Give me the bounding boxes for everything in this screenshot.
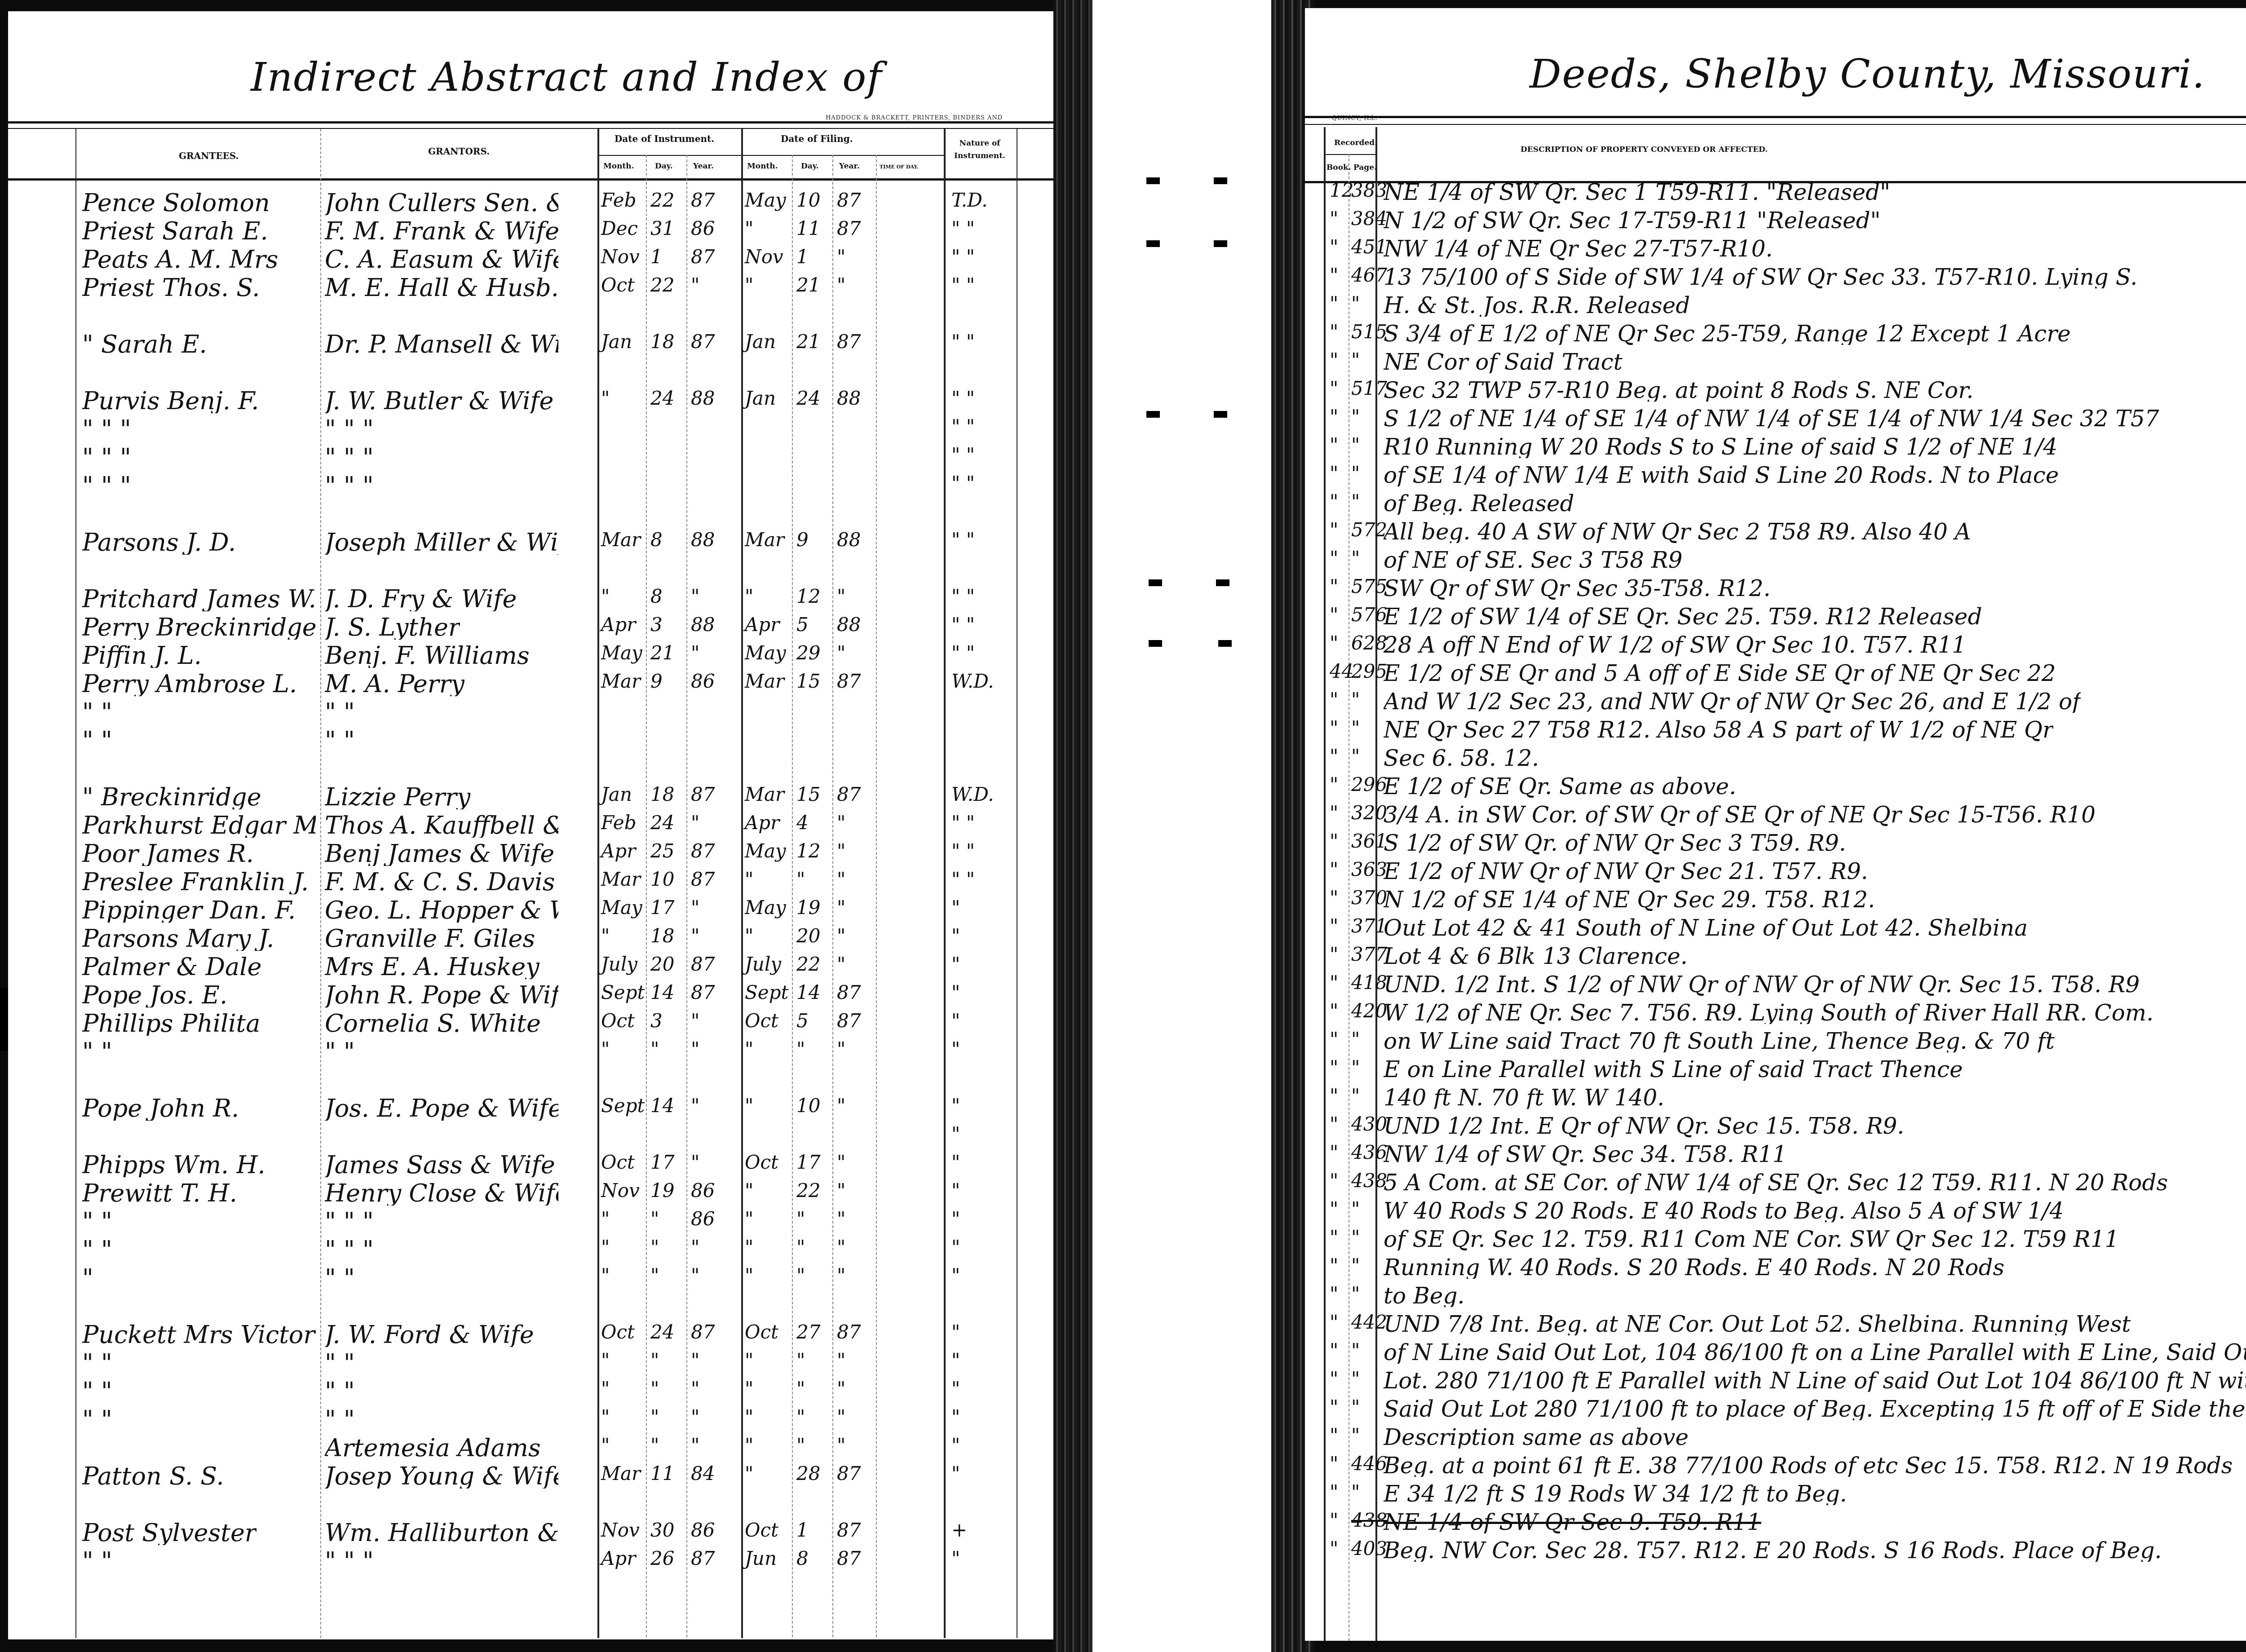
- nature-cell: ": [951, 1379, 960, 1398]
- grantor-cell: James Sass & Wife: [325, 1153, 555, 1177]
- book-cell: ": [1330, 804, 1338, 822]
- file-year-cell: ": [837, 1351, 845, 1370]
- file-month-cell: Nov: [745, 247, 783, 266]
- inst-day-cell: 11: [650, 1464, 674, 1483]
- index-tab-mark: [1146, 177, 1160, 184]
- inst-month-cell: Mar: [601, 530, 641, 549]
- description-cell: 13 75/100 of S Side of SW 1/4 of SW Qr S…: [1384, 266, 2137, 288]
- grantor-cell: M. E. Hall & Husb.: [325, 276, 558, 300]
- description-cell: of SE Qr. Sec 12. T59. R11 Com NE Cor. S…: [1384, 1228, 2119, 1250]
- nature-cell: ": [951, 1040, 960, 1059]
- grantee-cell: Pippinger Dan. F.: [82, 898, 296, 923]
- inst-year-cell: ": [691, 1012, 699, 1030]
- inst-month-cell: Feb: [601, 191, 637, 210]
- header-recorded: Recorded.: [1334, 138, 1377, 147]
- description-cell: And W 1/2 Sec 23, and NW Qr of NW Qr Sec…: [1384, 690, 2081, 713]
- grantee-cell: " Sarah E.: [82, 332, 207, 357]
- book-cell: ": [1330, 1115, 1338, 1134]
- file-day-cell: 21: [796, 276, 820, 295]
- left-ledger-page: Indirect Abstract and Index of HADDOCK &…: [8, 11, 1059, 1639]
- inst-month-cell: ": [601, 1408, 610, 1427]
- file-year-cell: 87: [837, 672, 861, 691]
- grantee-cell: Purvis Benj. F.: [82, 389, 259, 413]
- book-cell: ": [1330, 266, 1338, 285]
- grantee-cell: Parkhurst Edgar M.: [82, 813, 316, 838]
- inst-year-cell: 86: [691, 1521, 715, 1540]
- file-month-cell: ": [745, 1096, 753, 1115]
- page-cell: ": [1351, 1200, 1360, 1219]
- book-cell: ": [1330, 690, 1338, 709]
- header-date-instrument: Date of Instrument.: [615, 133, 714, 144]
- header-nature: Nature of Instrument.: [948, 137, 1011, 162]
- nature-cell: ": [951, 1096, 960, 1115]
- book-cell: 12: [1330, 181, 1353, 200]
- grantee-cell: " ": [82, 729, 112, 753]
- grantee-cell: Palmer & Dale: [82, 955, 261, 979]
- inst-day-cell: 22: [650, 276, 674, 295]
- grantee-cell: Parsons Mary J.: [82, 927, 274, 951]
- file-year-cell: ": [837, 1096, 845, 1115]
- index-tab-mark: [1214, 411, 1227, 418]
- nature-cell: " ": [951, 530, 975, 549]
- file-year-cell: ": [837, 927, 845, 945]
- description-cell: Sec 32 TWP 57-R10 Beg. at point 8 Rods S…: [1384, 379, 1974, 402]
- grantee-cell: " ": [82, 700, 112, 724]
- col-line-right-margin: [1017, 129, 1017, 1638]
- right-page-title: Deeds, Shelby County, Missouri.: [1530, 51, 2206, 97]
- file-year-cell: 87: [837, 785, 861, 804]
- inst-month-cell: Feb: [601, 813, 637, 832]
- file-month-cell: Jan: [745, 389, 776, 408]
- header-grantees: GRANTEES.: [179, 150, 239, 161]
- file-month-cell: Oct: [745, 1153, 778, 1172]
- grantor-cell: " " ": [325, 446, 374, 470]
- grantee-cell: Pope Jos. E.: [82, 983, 227, 1007]
- file-month-cell: ": [745, 927, 753, 945]
- page-cell: ": [1351, 492, 1360, 511]
- file-month-cell: Jan: [745, 332, 776, 351]
- description-cell: of N Line Said Out Lot, 104 86/100 ft on…: [1384, 1341, 2246, 1364]
- grantor-cell: Geo. L. Hopper & W.: [325, 898, 558, 923]
- file-day-cell: 22: [796, 1181, 820, 1200]
- inst-month-cell: Dec: [601, 219, 638, 238]
- file-year-cell: 87: [837, 1012, 861, 1030]
- grantor-cell: " ": [325, 1379, 355, 1404]
- book-cell: ": [1330, 549, 1338, 568]
- grantor-cell: Mrs E. A. Huskey: [325, 955, 539, 979]
- page-cell: 371: [1351, 917, 1387, 936]
- grantee-cell: " ": [82, 1210, 112, 1234]
- inst-year-cell: 84: [691, 1464, 715, 1483]
- inst-day-cell: 31: [650, 219, 674, 238]
- file-year-cell: ": [837, 1040, 845, 1059]
- inst-day-cell: 18: [650, 785, 674, 804]
- nature-cell: ": [951, 1436, 960, 1455]
- file-day-cell: 27: [796, 1323, 820, 1342]
- file-year-cell: 87: [837, 1323, 861, 1342]
- grantee-cell: " " ": [82, 417, 131, 442]
- inst-year-cell: 88: [691, 389, 715, 408]
- page-cell: 576: [1351, 605, 1387, 624]
- grantee-cell: Prewitt T. H.: [82, 1181, 237, 1206]
- inst-year-cell: 87: [691, 1323, 715, 1342]
- inst-month-cell: May: [601, 644, 642, 663]
- book-cell: ": [1330, 1087, 1338, 1105]
- grantor-cell: J. S. Lyther: [325, 615, 460, 640]
- page-cell: 430: [1351, 1115, 1387, 1134]
- description-cell: Out Lot 42 & 41 South of N Line of Out L…: [1384, 917, 2028, 939]
- grantor-cell: Benj James & Wife: [325, 842, 554, 866]
- inst-month-cell: July: [601, 955, 637, 974]
- page-cell: 442: [1351, 1313, 1387, 1332]
- description-cell: on W Line said Tract 70 ft South Line, T…: [1384, 1030, 2055, 1052]
- description-cell: of Beg. Released: [1384, 492, 1574, 515]
- inst-day-cell: 18: [650, 332, 674, 351]
- description-cell: UND. 1/2 Int. S 1/2 of NW Qr of NW Qr of…: [1384, 973, 2140, 996]
- file-month-cell: Mar: [745, 785, 784, 804]
- index-tab-mark: [1214, 240, 1227, 247]
- file-year-cell: ": [837, 276, 845, 295]
- file-day-cell: 17: [796, 1153, 820, 1172]
- grantee-cell: Pope John R.: [82, 1096, 239, 1121]
- nature-cell: ": [951, 1181, 960, 1200]
- inst-day-cell: 8: [650, 530, 663, 549]
- description-cell: 5 A Com. at SE Cor. of NW 1/4 of SE Qr. …: [1384, 1171, 2168, 1194]
- file-day-cell: 20: [796, 927, 820, 945]
- header-book: Book.: [1326, 163, 1351, 172]
- file-day-cell: ": [796, 1210, 805, 1228]
- grantor-cell: Lizzie Perry: [325, 785, 470, 809]
- index-tab-mark: [1216, 579, 1229, 586]
- description-cell: Description same as above: [1384, 1426, 1689, 1449]
- file-month-cell: ": [745, 1464, 753, 1483]
- nature-cell: ": [951, 1153, 960, 1172]
- nature-cell: ": [951, 1266, 960, 1285]
- page-cell: ": [1351, 1398, 1360, 1417]
- file-year-cell: ": [837, 644, 845, 663]
- nature-cell: ": [951, 1012, 960, 1030]
- grantee-cell: Peats A. M. Mrs: [82, 247, 278, 272]
- page-cell: 467: [1351, 266, 1387, 285]
- grantor-cell: J. W. Butler & Wife: [325, 389, 554, 413]
- inst-month-cell: ": [601, 1040, 610, 1059]
- file-year-cell: ": [837, 955, 845, 974]
- page-cell: ": [1351, 719, 1360, 738]
- header-rule-top: [1305, 116, 2246, 118]
- page-cell: 420: [1351, 1002, 1387, 1020]
- binding-gutter-left: [1053, 0, 1094, 1652]
- book-cell: ": [1330, 464, 1338, 483]
- col-line-file-year: [832, 155, 833, 1637]
- inst-year-cell: ": [691, 898, 699, 917]
- page-cell: 370: [1351, 888, 1387, 907]
- file-year-cell: 87: [837, 983, 861, 1002]
- file-month-cell: Jun: [745, 1549, 777, 1568]
- file-month-cell: Sept: [745, 983, 788, 1002]
- description-cell: N 1/2 of SE 1/4 of NE Qr Sec 29. T58. R1…: [1384, 888, 1875, 911]
- nature-cell: ": [951, 898, 960, 917]
- file-month-cell: May: [745, 644, 786, 663]
- inst-day-cell: ": [650, 1408, 659, 1427]
- book-cell: ": [1330, 1285, 1338, 1303]
- nature-cell: " ": [951, 615, 975, 634]
- nature-cell: " ": [951, 332, 975, 351]
- inst-day-cell: ": [650, 1238, 659, 1257]
- file-year-cell: ": [837, 870, 845, 889]
- grantee-cell: " " ": [82, 446, 131, 470]
- page-cell: ": [1351, 407, 1360, 426]
- grantee-cell: Preslee Franklin J.: [82, 870, 309, 894]
- page-cell: ": [1351, 1228, 1360, 1247]
- page-cell: ": [1351, 690, 1360, 709]
- inst-day-cell: 14: [650, 1096, 674, 1115]
- grantee-cell: " ": [82, 1549, 112, 1573]
- nature-cell: ": [951, 1351, 960, 1370]
- inst-month-cell: ": [601, 1351, 610, 1370]
- file-year-cell: ": [837, 1379, 845, 1398]
- file-month-cell: ": [745, 276, 753, 295]
- header-date-filing: Date of Filing.: [781, 133, 853, 144]
- left-page-title: Indirect Abstract and Index of: [251, 54, 883, 100]
- description-cell: NE 1/4 of SW Qr Sec 9. T59. R11: [1384, 1511, 1761, 1533]
- index-tab-insert: [1092, 0, 1282, 1652]
- file-month-cell: Oct: [745, 1521, 778, 1540]
- description-cell: NE Cor of Said Tract: [1384, 351, 1623, 373]
- grantor-cell: F. M. & C. S. Davis: [325, 870, 555, 894]
- book-cell: ": [1330, 605, 1338, 624]
- book-cell: ": [1330, 945, 1338, 964]
- inst-day-cell: 24: [650, 1323, 674, 1342]
- file-day-cell: 10: [796, 1096, 820, 1115]
- description-cell: E 1/2 of SW 1/4 of SE Qr. Sec 25. T59. R…: [1384, 605, 1982, 628]
- inst-month-cell: Mar: [601, 870, 641, 889]
- inst-day-cell: 14: [650, 983, 674, 1002]
- nature-cell: " ": [951, 842, 975, 861]
- file-month-cell: Oct: [745, 1323, 778, 1342]
- file-month-cell: Apr: [745, 813, 779, 832]
- description-cell: W 1/2 of NE Qr. Sec 7. T56. R9. Lying So…: [1384, 1002, 2153, 1024]
- nature-cell: " ": [951, 870, 975, 889]
- file-month-cell: ": [745, 1210, 753, 1228]
- book-cell: ": [1330, 1341, 1338, 1360]
- file-year-cell: ": [837, 842, 845, 861]
- inst-month-cell: ": [601, 389, 610, 408]
- inst-day-cell: 25: [650, 842, 674, 861]
- book-cell: ": [1330, 1313, 1338, 1332]
- inst-day-cell: 20: [650, 955, 674, 974]
- book-cell: ": [1330, 860, 1338, 879]
- grantor-cell: J. D. Fry & Wife: [325, 587, 517, 611]
- grantor-cell: F. M. Frank & Wife: [325, 219, 558, 243]
- grantor-cell: Artemesia Adams: [325, 1436, 541, 1460]
- grantor-cell: " ": [325, 1040, 355, 1064]
- file-year-cell: ": [837, 813, 845, 832]
- file-day-cell: ": [796, 1436, 805, 1455]
- page-cell: 572: [1351, 521, 1387, 539]
- inst-month-cell: Apr: [601, 615, 636, 634]
- file-month-cell: May: [745, 191, 786, 210]
- description-cell: of NE of SE. Sec 3 T58 R9: [1384, 549, 1682, 571]
- file-day-cell: 1: [796, 1521, 809, 1540]
- description-cell: 28 A off N End of W 1/2 of SW Qr Sec 10.…: [1384, 634, 1966, 656]
- inst-year-cell: ": [691, 1153, 699, 1172]
- col-line-inst-year: [686, 155, 687, 1637]
- inst-month-cell: ": [601, 1210, 610, 1228]
- page-cell: 361: [1351, 832, 1387, 851]
- file-day-cell: 21: [796, 332, 820, 351]
- nature-cell: " ": [951, 247, 975, 266]
- nature-cell: ": [951, 1464, 960, 1483]
- col-line-margin: [75, 129, 76, 1638]
- file-month-cell: ": [745, 870, 753, 889]
- inst-day-cell: 3: [650, 1012, 663, 1030]
- nature-cell: +: [951, 1521, 967, 1540]
- file-year-cell: 87: [837, 1549, 861, 1568]
- nature-cell: " ": [951, 587, 975, 606]
- description-cell: Sec 6. 58. 12.: [1384, 747, 1539, 769]
- description-cell: Lot 4 & 6 Blk 13 Clarence.: [1384, 945, 1688, 967]
- description-cell: Running W. 40 Rods. S 20 Rods. E 40 Rods…: [1384, 1256, 2004, 1279]
- page-cell: ": [1351, 1030, 1360, 1049]
- book-cell: ": [1330, 407, 1338, 426]
- grantor-cell: " " ": [325, 1549, 374, 1573]
- col-line-description: [1375, 127, 1377, 1641]
- header-rule-top-2: [1305, 124, 2246, 125]
- file-month-cell: May: [745, 842, 786, 861]
- nature-cell: " ": [951, 644, 975, 663]
- col-line-page: [1348, 154, 1349, 1641]
- page-cell: ": [1351, 436, 1360, 455]
- book-cell: ": [1330, 1030, 1338, 1049]
- header-rule-bottom: [8, 178, 1059, 181]
- file-month-cell: ": [745, 1379, 753, 1398]
- inst-year-cell: ": [691, 927, 699, 945]
- inst-day-cell: 17: [650, 898, 674, 917]
- grantor-cell: " ": [325, 1351, 355, 1375]
- description-cell: S 1/2 of SW Qr. of NW Qr Sec 3 T59. R9.: [1384, 832, 1846, 854]
- col-line-book: [1324, 127, 1326, 1641]
- inst-month-cell: Oct: [601, 1323, 635, 1342]
- inst-day-cell: 18: [650, 927, 674, 945]
- file-day-cell: ": [796, 1408, 805, 1427]
- inst-month-cell: Mar: [601, 1464, 641, 1483]
- file-day-cell: 28: [796, 1464, 820, 1483]
- file-month-cell: Apr: [745, 615, 779, 634]
- grantee-cell: Parsons J. D.: [82, 530, 236, 555]
- inst-year-cell: 88: [691, 615, 715, 634]
- description-cell: Said Out Lot 280 71/100 ft to place of B…: [1384, 1398, 2246, 1420]
- description-cell: S 1/2 of NE 1/4 of SE 1/4 of NW 1/4 of S…: [1384, 407, 2159, 430]
- file-month-cell: July: [745, 955, 781, 974]
- inst-month-cell: Apr: [601, 1549, 636, 1568]
- file-year-cell: 87: [837, 332, 861, 351]
- file-year-cell: ": [837, 1266, 845, 1285]
- file-month-cell: ": [745, 219, 753, 238]
- file-year-cell: ": [837, 247, 845, 266]
- index-tab-mark: [1214, 177, 1227, 184]
- inst-day-cell: 3: [650, 615, 663, 634]
- page-cell: 383: [1351, 181, 1387, 200]
- inst-year-cell: ": [691, 644, 699, 663]
- file-year-cell: ": [837, 1436, 845, 1455]
- description-cell: NW 1/4 of NE Qr Sec 27-T57-R10.: [1384, 238, 1773, 260]
- nature-cell: ": [951, 1408, 960, 1427]
- inst-year-cell: 87: [691, 191, 715, 210]
- inst-day-cell: ": [650, 1040, 659, 1059]
- page-cell: 517: [1351, 379, 1387, 398]
- inst-year-cell: 87: [691, 870, 715, 889]
- book-cell: ": [1330, 209, 1338, 228]
- inst-year-cell: ": [691, 1436, 699, 1455]
- header-time-of-day: TIME OF DAY.: [880, 164, 919, 170]
- grantee-cell: Patton S. S.: [82, 1464, 224, 1489]
- grantee-cell: " ": [82, 1040, 112, 1064]
- file-day-cell: ": [796, 870, 805, 889]
- col-line-date-instrument: [597, 129, 599, 1638]
- file-day-cell: 1: [796, 247, 809, 266]
- nature-cell: T.D.: [951, 191, 988, 210]
- inst-day-cell: 19: [650, 1181, 674, 1200]
- book-cell: ": [1330, 1058, 1338, 1077]
- book-cell: ": [1330, 1539, 1338, 1558]
- header-file-year: Year.: [839, 162, 860, 171]
- inst-day-cell: 24: [650, 813, 674, 832]
- grantor-cell: " " ": [325, 1238, 374, 1262]
- grantee-cell: " ": [82, 1408, 112, 1432]
- inst-year-cell: 86: [691, 672, 715, 691]
- book-cell: ": [1330, 1256, 1338, 1275]
- book-cell: ": [1330, 1454, 1338, 1473]
- grantee-cell: Puckett Mrs Victoria: [82, 1323, 316, 1347]
- file-year-cell: ": [837, 1238, 845, 1257]
- index-tab-mark: [1218, 640, 1232, 647]
- page-cell: 575: [1351, 577, 1387, 596]
- inst-year-cell: 87: [691, 332, 715, 351]
- page-cell: 628: [1351, 634, 1387, 653]
- grantee-cell: Post Sylvester: [82, 1521, 256, 1545]
- header-rule-top: [8, 121, 1059, 124]
- grantee-cell: " Breckinridge: [82, 785, 261, 809]
- file-day-cell: 10: [796, 191, 820, 210]
- inst-month-cell: ": [601, 1379, 610, 1398]
- grantor-cell: John R. Pope & Wife: [325, 983, 558, 1007]
- grantor-cell: C. A. Easum & Wife: [325, 247, 558, 272]
- file-year-cell: 88: [837, 530, 861, 549]
- grantee-cell: Phillips Philita: [82, 1012, 260, 1036]
- inst-day-cell: 8: [650, 587, 663, 606]
- file-day-cell: ": [796, 1266, 805, 1285]
- grantor-cell: Thos A. Kauffbell & W.: [325, 813, 558, 838]
- file-month-cell: ": [745, 1181, 753, 1200]
- description-cell: Beg. NW Cor. Sec 28. T57. R12. E 20 Rods…: [1384, 1539, 2162, 1562]
- left-title-band: Indirect Abstract and Index of: [8, 11, 1059, 112]
- page-cell: ": [1351, 549, 1360, 568]
- book-cell: ": [1330, 1200, 1338, 1219]
- grantee-cell: " ": [82, 1351, 112, 1375]
- grantee-cell: " ": [82, 1379, 112, 1404]
- grantee-cell: Perry Ambrose L.: [82, 672, 297, 696]
- nature-cell: ": [951, 1125, 960, 1144]
- book-cell: ": [1330, 351, 1338, 370]
- book-cell: ": [1330, 832, 1338, 851]
- nature-cell: " ": [951, 276, 975, 295]
- file-day-cell: 8: [796, 1549, 809, 1568]
- book-cell: ": [1330, 379, 1338, 398]
- index-tab-mark: [1149, 579, 1162, 586]
- inst-year-cell: 87: [691, 1549, 715, 1568]
- book-cell: ": [1330, 1426, 1338, 1445]
- file-month-cell: Mar: [745, 530, 784, 549]
